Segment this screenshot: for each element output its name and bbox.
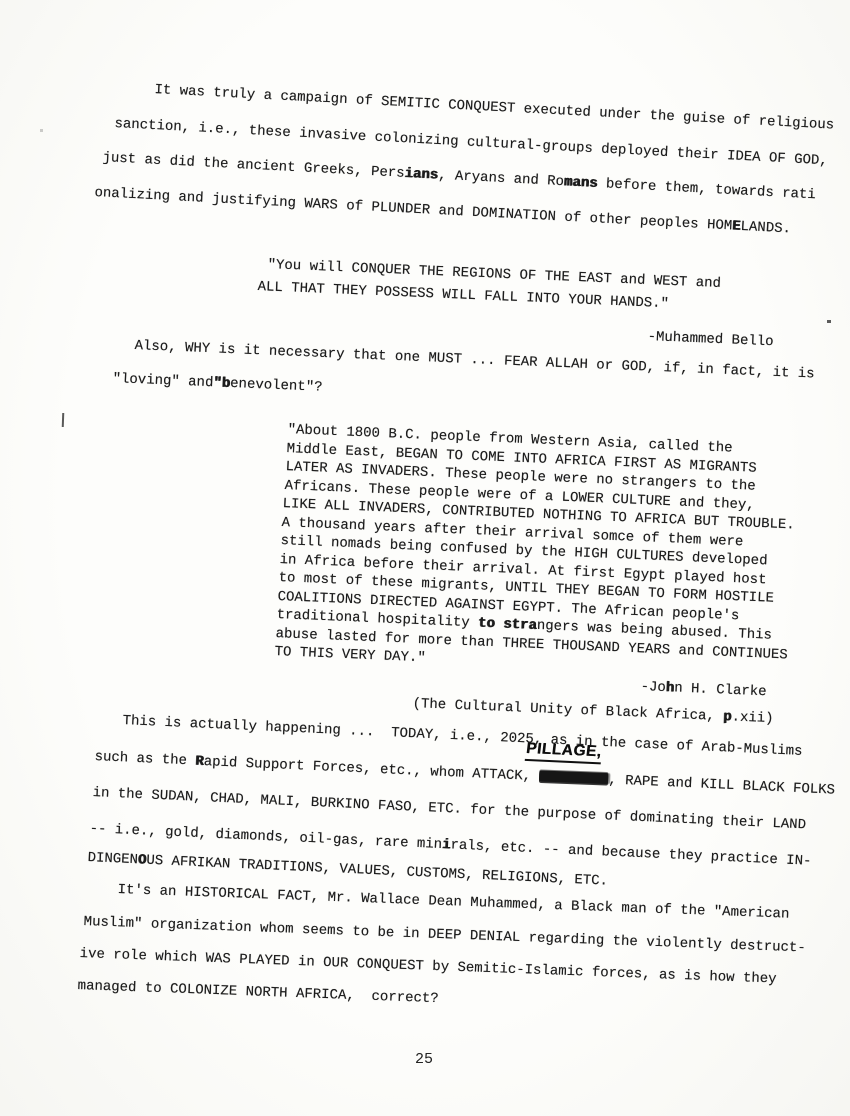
typed-text: enevolent"?	[230, 376, 323, 396]
scan-artifact	[40, 129, 43, 132]
scan-artifact	[62, 413, 64, 427]
scan-artifact	[827, 320, 831, 323]
typed-text: mans	[564, 174, 598, 192]
page-number: 25	[415, 1051, 433, 1069]
typed-text: before them, towards rati	[597, 176, 816, 203]
typed-text: LANDS.	[740, 219, 791, 238]
typed-text: -Jo	[640, 679, 666, 696]
typed-text: It's an HISTORICAL FACT, Mr. Wallace Dea…	[117, 882, 789, 923]
also-question-line: "loving" and"benevolent"?	[112, 370, 323, 397]
typed-text: such as the	[94, 749, 195, 770]
typed-text: -Muhammed Bello	[647, 329, 774, 350]
typed-text: , RAPE and KILL BLACK FOLKS	[608, 772, 835, 798]
typed-text: .xii)	[731, 709, 774, 727]
typed-text: managed to COLONIZE NORTH AFRICA, correc…	[77, 978, 439, 1007]
typed-text: (The Cultural Unity of Black Africa,	[412, 696, 723, 725]
typed-text: apid Support Forces, etc., whom ATTACK,	[203, 754, 539, 785]
typed-text: to stra	[478, 615, 537, 633]
clarke-attribution-line: (The Cultural Unity of Black Africa, p.x…	[412, 695, 774, 728]
clarke-attribution-line: -John H. Clarke	[640, 678, 767, 701]
typed-text: "b	[213, 375, 230, 392]
redaction-mark	[539, 770, 608, 784]
typed-text: n H. Clarke	[674, 680, 767, 700]
typed-text: rals, etc. -- and because they practice …	[450, 837, 812, 869]
typed-text: just as did the ancient Greeks, Pers	[102, 150, 405, 182]
bello-attribution-line: -Muhammed Bello	[647, 328, 774, 351]
typed-text: , Aryans and Ro	[438, 168, 565, 191]
typed-text: ians	[404, 166, 438, 184]
typed-text: DINGEN	[87, 850, 138, 868]
document-page: PILLAGE, 25 It was truly a campaign of S…	[0, 0, 850, 1116]
typed-text: -- i.e., gold, diamonds, oil-gas, rare m…	[89, 821, 442, 853]
historical-fact-paragraph-line: managed to COLONIZE NORTH AFRICA, correc…	[77, 977, 439, 1008]
typed-text: "loving" and	[112, 371, 213, 391]
